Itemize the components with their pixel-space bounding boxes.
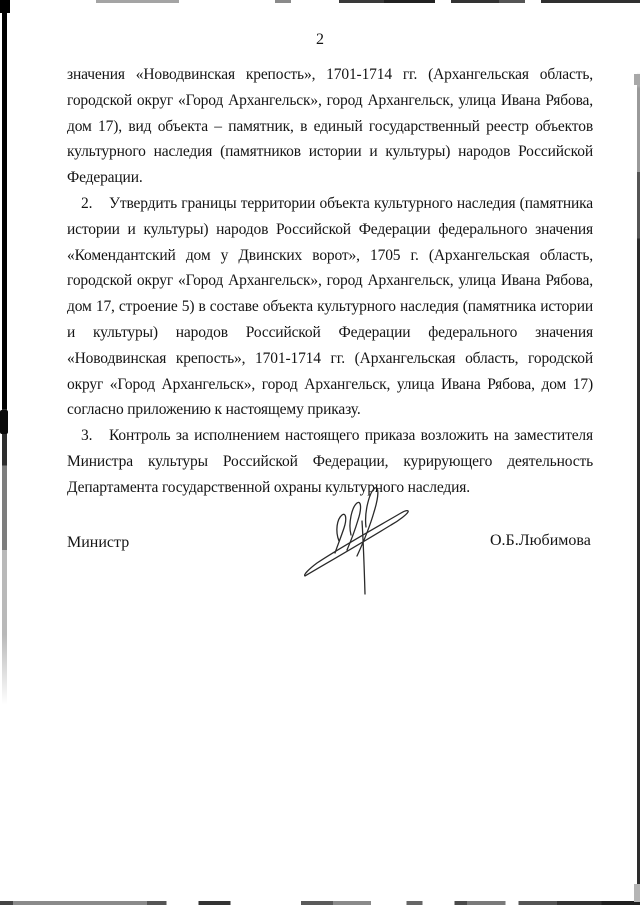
scan-corner-bottom-right — [634, 884, 640, 902]
paragraph-text: значения «Новодвинская крепость», 1701-1… — [67, 66, 593, 186]
scan-corner-top-left — [0, 0, 10, 13]
scan-edge-left — [2, 0, 7, 705]
paragraph-number: 3. — [81, 423, 109, 449]
scan-blot-left — [0, 410, 8, 434]
document-body: значения «Новодвинская крепость», 1701-1… — [67, 62, 593, 501]
scan-notch-right — [634, 74, 640, 85]
scanned-document-page: 2 значения «Новодвинская крепость», 1701… — [0, 0, 640, 905]
signatory-role: Министр — [67, 534, 129, 552]
scan-edge-bottom — [0, 901, 640, 905]
scan-edge-top — [0, 0, 640, 3]
page-number: 2 — [0, 31, 640, 49]
paragraph-text: Утвердить границы территории объекта кул… — [67, 195, 593, 418]
paragraph-item-2: 2.Утвердить границы территории объекта к… — [67, 191, 593, 423]
handwritten-signature-icon — [293, 479, 415, 597]
paragraph-number: 2. — [81, 191, 109, 217]
paragraph-continuation: значения «Новодвинская крепость», 1701-1… — [67, 62, 593, 191]
signatory-name: О.Б.Любимова — [490, 532, 591, 550]
